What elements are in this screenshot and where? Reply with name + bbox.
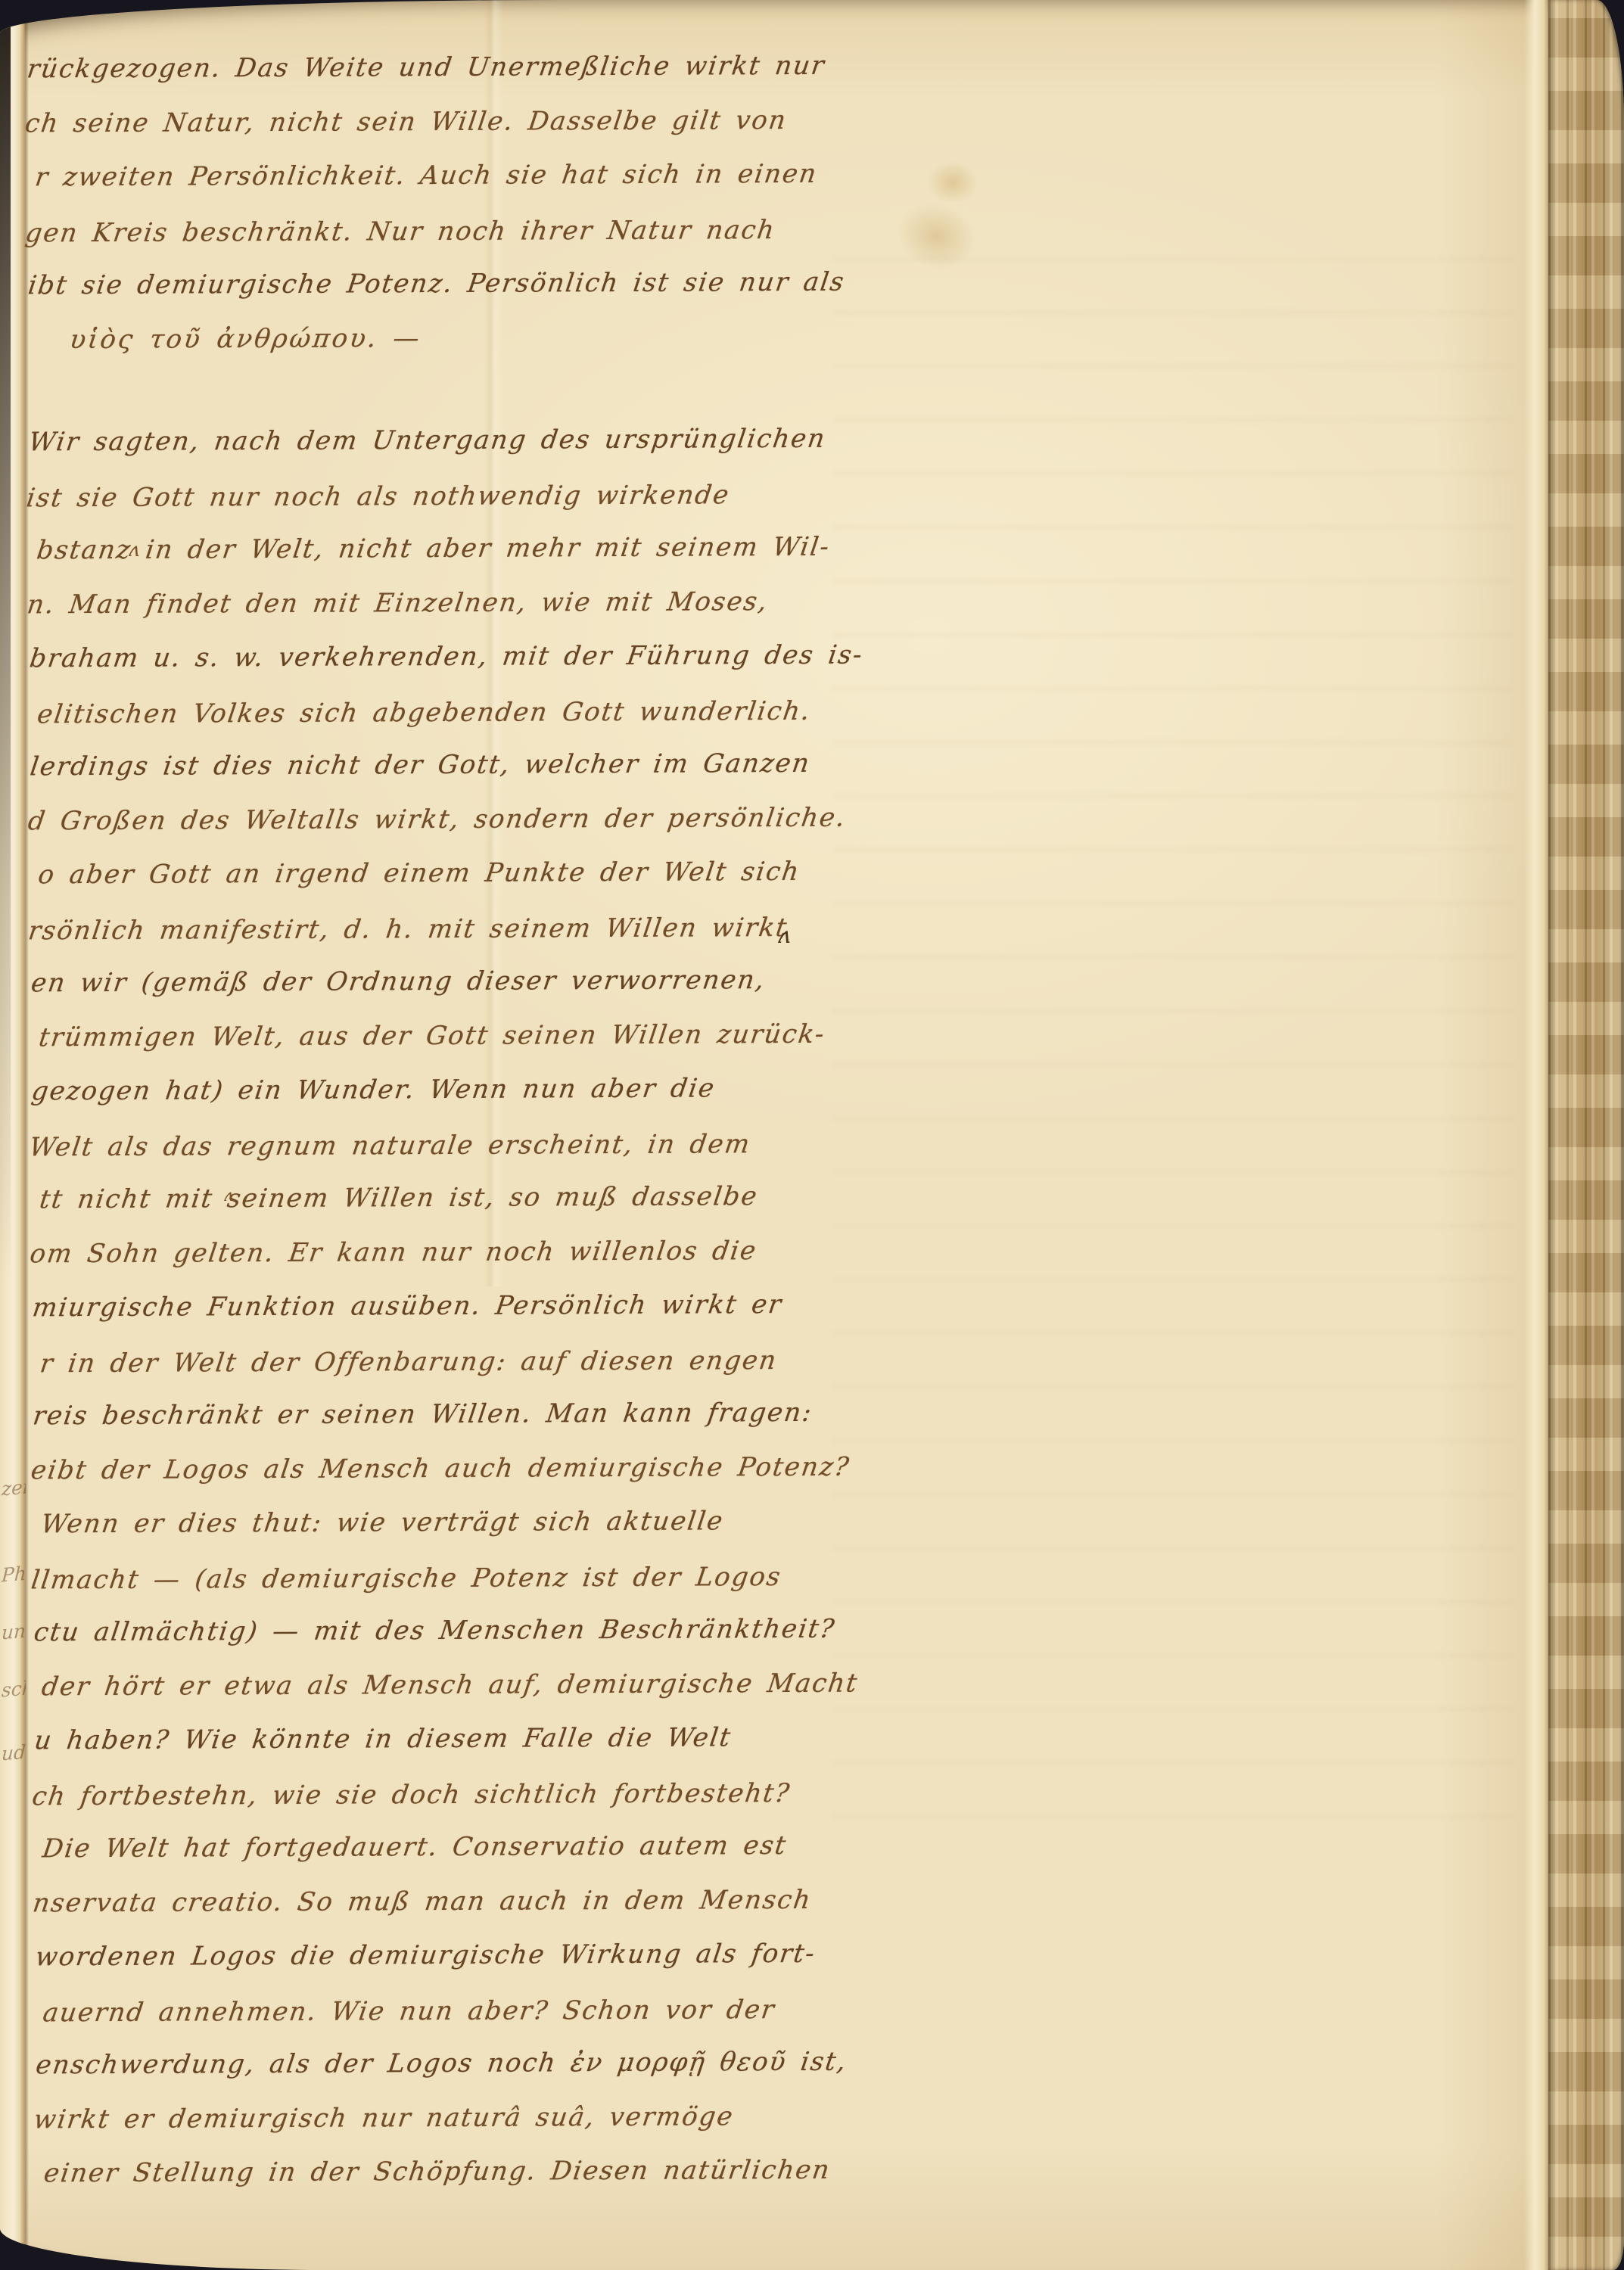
- manuscript-line: n. Man findet den mit Einzelnen, wie mit…: [23, 574, 863, 632]
- book-photograph: rückgezogen. Das Weite und Unermeßliche …: [0, 0, 1624, 2270]
- manuscript-line: tt nicht mit seinem Willen ist, so muß d…: [26, 1170, 866, 1227]
- manuscript-line: ch seine Natur, nicht sein Wille. Dassel…: [21, 93, 861, 151]
- margin-note-fragment: zeil ß: [1, 1475, 26, 1500]
- manuscript-line: gezogen hat) ein Wunder. Wenn nun aber d…: [26, 1062, 866, 1119]
- manuscript-line: llmacht — (als demiurgische Potenz ist d…: [28, 1550, 868, 1607]
- manuscript-line: enschwerdung, als der Logos noch ἐν μορφ…: [30, 2035, 870, 2093]
- manuscript-line: o aber Gott an irgend einem Punkte der W…: [25, 845, 865, 903]
- book-fore-edge-pages: [1548, 0, 1624, 2270]
- manuscript-line: en wir (gemäß der Ordnung dieser verworr…: [25, 953, 865, 1011]
- ink-showthrough: [832, 219, 1514, 1846]
- manuscript-line: einer Stellung in der Schöpfung. Diesen …: [30, 2144, 870, 2201]
- manuscript-line: ist sie Gott nur noch als nothwendig wir…: [23, 468, 863, 525]
- margin-notes: zeil ßPhnundanschnuudolph: [0, 0, 26, 2270]
- manuscript-line: miurgische Funktion ausüben. Persönlich …: [26, 1278, 866, 1336]
- margin-note-fragment: Phn: [1, 1562, 26, 1586]
- manuscript-line: ctu allmächtig) — mit des Menschen Besch…: [28, 1603, 868, 1660]
- manuscript-line: Wenn er dies thut: wie verträgt sich akt…: [27, 1494, 867, 1552]
- manuscript-line: nservata creatio. So muß man auch in dem…: [30, 1873, 870, 1930]
- margin-note-fragment: schnu: [1, 1677, 26, 1701]
- margin-note-fragment: udolph: [1, 1740, 26, 1765]
- manuscript-line: eibt der Logos als Mensch auch demiurgis…: [27, 1440, 867, 1497]
- manuscript-line: lerdings ist dies nicht der Gott, welche…: [24, 737, 864, 794]
- manuscript-line: auernd annehmen. Wie nun aber? Schon vor…: [30, 1982, 870, 2040]
- manuscript-line: d Großen des Weltalls wirkt, sondern der…: [24, 791, 864, 848]
- manuscript-line: braham u. s. w. verkehrenden, mit der Fü…: [23, 629, 863, 686]
- manuscript-page: rückgezogen. Das Weite und Unermeßliche …: [0, 0, 1550, 2270]
- manuscript-line: Die Welt hat fortgedauert. Conservatio a…: [29, 1819, 869, 1877]
- manuscript-line: bstanz in der Welt, nicht aber mehr mit …: [23, 521, 863, 578]
- manuscript-line: Wir sagten, nach dem Untergang des urspr…: [23, 412, 863, 470]
- manuscript-line: u haben? Wie könnte in diesem Falle die …: [29, 1711, 869, 1768]
- manuscript-line: gen Kreis beschränkt. Nur noch ihrer Nat…: [22, 203, 862, 260]
- manuscript-line: der hört er etwa als Mensch auf, demiurg…: [28, 1656, 868, 1714]
- manuscript-line: trümmigen Welt, aus der Gott seinen Will…: [26, 1007, 866, 1065]
- manuscript-line: elitischen Volkes sich abgebenden Gott w…: [24, 684, 864, 742]
- manuscript-line: ch fortbestehn, wie sie doch sichtlich f…: [29, 1766, 869, 1824]
- manuscript-line: ibt sie demiurgische Potenz. Persönlich …: [22, 256, 862, 313]
- manuscript-line: wirkt er demiurgisch nur naturâ suâ, ver…: [30, 2089, 870, 2147]
- manuscript-line: om Sohn gelten. Er kann nur noch willenl…: [26, 1224, 866, 1281]
- manuscript-line: r zweiten Persönlichkeit. Auch sie hat s…: [22, 148, 862, 205]
- text-block: rückgezogen. Das Weite und Unermeßliche …: [21, 39, 863, 2201]
- manuscript-line: Welt als das regnum naturale erscheint, …: [26, 1117, 866, 1174]
- manuscript-line: rsönlich manifestirt, d. h. mit seinem W…: [25, 900, 865, 958]
- manuscript-line: rückgezogen. Das Weite und Unermeßliche …: [21, 39, 861, 97]
- manuscript-line: reis beschränkt er seinen Willen. Man ka…: [27, 1386, 867, 1444]
- manuscript-line: wordenen Logos die demiurgische Wirkung …: [30, 1927, 870, 1985]
- margin-note-fragment: undan: [1, 1619, 26, 1643]
- manuscript-line: υἱὸς τοῦ ἀνθρώπου. —: [23, 309, 863, 367]
- manuscript-line: r in der Welt der Offenbarung: auf diese…: [26, 1333, 866, 1391]
